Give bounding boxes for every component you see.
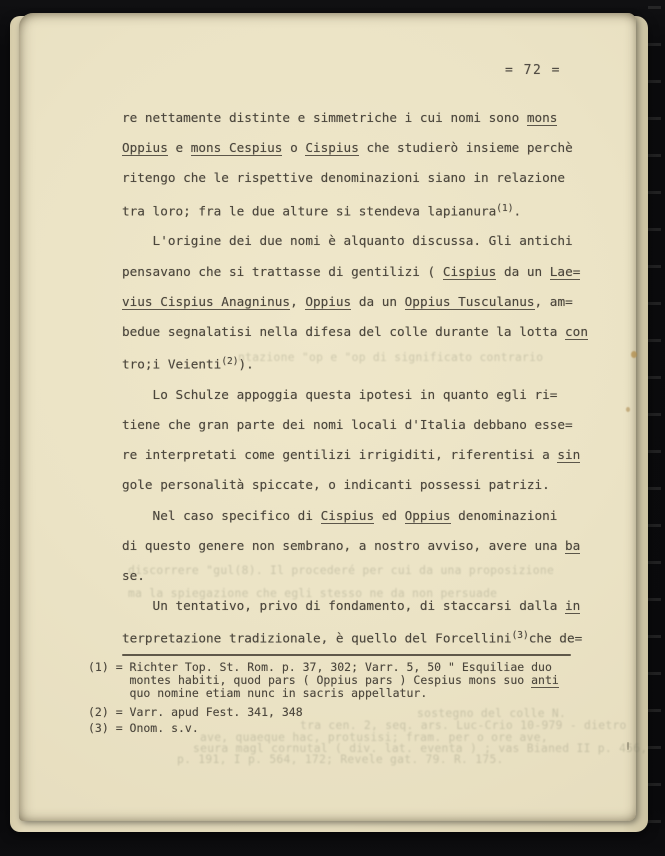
text-line: gole personalità spiccate, o indicanti p…	[122, 470, 588, 500]
text-line: tro;i Veienti(2)).	[122, 347, 588, 380]
text-segment: tra loro; fra le due alture si stendeva …	[122, 203, 496, 218]
underlined-text: Oppius	[305, 294, 351, 310]
underlined-text: Oppius	[405, 508, 451, 524]
paper-stain	[631, 351, 637, 358]
text-line: di questo genere non sembrano, a nostro …	[122, 531, 588, 561]
text-segment: denominazioni	[451, 508, 558, 523]
text-line: pensavano che si trattasse di gentilizi …	[122, 257, 588, 287]
footnote-ref: (3)	[512, 630, 529, 641]
underlined-text: mons	[527, 110, 558, 126]
text-line: re nettamente distinte e simmetriche i c…	[122, 103, 588, 133]
text-segment: quo nomine etiam nunc in sacris appellat…	[88, 686, 427, 700]
scan-background: { "page_number": "= 72 =", "colors": { "…	[0, 0, 665, 856]
text-segment: di questo genere non sembrano, a nostro …	[122, 538, 565, 553]
underlined-text: mons Cespius	[191, 140, 283, 156]
footnote-ref: (2)	[221, 356, 238, 367]
text-line: terpretazione tradizionale, è quello del…	[122, 621, 588, 654]
text-segment: ritengo che le rispettive denominazioni …	[122, 170, 565, 185]
text-line: ritengo che le rispettive denominazioni …	[122, 163, 588, 193]
underlined-text: Cispius	[305, 140, 358, 156]
text-segment: tro;i Veienti	[122, 357, 221, 372]
text-line: Oppius e mons Cespius o Cispius che stud…	[122, 133, 588, 163]
text-segment: (2) = Varr. apud Fest. 341, 348	[88, 705, 303, 719]
text-line: Nel caso specifico di Cispius ed Oppius …	[122, 501, 588, 531]
text-line: (2) = Varr. apud Fest. 341, 348	[88, 706, 559, 719]
text-segment: Un tentativo, privo di fondamento, di st…	[122, 598, 565, 613]
text-line: tiene che gran parte dei nomi locali d'I…	[122, 410, 588, 440]
paper-stain	[626, 407, 630, 412]
footnotes: (1) = Richter Top. St. Rom. p. 37, 302; …	[88, 661, 559, 735]
text-segment: tiene che gran parte dei nomi locali d'I…	[122, 417, 573, 432]
text-segment: L'origine dei due nomi è alquanto discus…	[122, 233, 573, 248]
text-line: L'origine dei due nomi è alquanto discus…	[122, 226, 588, 256]
underlined-text: Cispius	[443, 264, 496, 280]
text-segment: re nettamente distinte e simmetriche i c…	[122, 110, 527, 125]
text-line: Un tentativo, privo di fondamento, di st…	[122, 591, 588, 621]
text-segment: e	[168, 140, 191, 155]
text-segment: gole personalità spiccate, o indicanti p…	[122, 477, 550, 492]
text-segment: Lo Schulze appoggia questa ipotesi in qu…	[122, 387, 557, 402]
underlined-text: ba	[565, 538, 580, 554]
text-segment: che de=	[529, 631, 582, 646]
film-edge-marks	[648, 6, 661, 850]
underlined-text: con	[565, 324, 588, 340]
text-line: se.	[122, 561, 588, 591]
underlined-text: Oppius	[122, 140, 168, 156]
text-segment: da un	[351, 294, 404, 309]
text-line: vius Cispius Anagninus, Oppius da un Opp…	[122, 287, 588, 317]
text-line: re interpretati come gentilizi irrigidit…	[122, 440, 588, 470]
text-line: quo nomine etiam nunc in sacris appellat…	[88, 687, 559, 700]
text-segment: Nel caso specifico di	[122, 508, 321, 523]
text-segment: , am=	[535, 294, 573, 309]
text-segment: (3) = Onom. s.v.	[88, 721, 199, 735]
underlined-text: sin	[557, 447, 580, 463]
text-segment: ed	[374, 508, 405, 523]
footnote-separator	[122, 654, 571, 656]
text-segment: che studierò insieme perchè	[359, 140, 573, 155]
underlined-text: Cispius	[321, 508, 374, 524]
footnote-ref: (1)	[496, 203, 513, 214]
bleedthrough-line: p. 191, I p. 564, 172; Revele gat. 79. R…	[177, 753, 504, 766]
text-segment: bedue segnalatisi nella difesa del colle…	[122, 324, 565, 339]
text-line: tra loro; fra le due alture si stendeva …	[122, 194, 588, 227]
document-page: = 72 = ntazione "op e "op di significato…	[19, 13, 636, 821]
underlined-text: vius Cispius Anagninus	[122, 294, 290, 310]
text-segment: se.	[122, 568, 145, 583]
text-segment: o	[282, 140, 305, 155]
bleedthrough-line: seura magl cornutal ( div. lat. eventa )…	[193, 742, 647, 755]
text-segment: terpretazione tradizionale, è quello del…	[122, 631, 512, 646]
paper-speck	[627, 742, 629, 750]
text-line: bedue segnalatisi nella difesa del colle…	[122, 317, 588, 347]
text-segment: pensavano che si trattasse di gentilizi …	[122, 264, 443, 279]
underlined-text: Lae=	[550, 264, 581, 280]
underlined-text: in	[565, 598, 580, 614]
underlined-text: Oppius Tusculanus	[405, 294, 535, 310]
text-segment: .	[513, 203, 521, 218]
text-segment: ).	[238, 357, 253, 372]
underlined-text: anti	[531, 673, 559, 688]
text-segment: da un	[496, 264, 549, 279]
text-line: (3) = Onom. s.v.	[88, 722, 559, 735]
page-number: = 72 =	[505, 63, 561, 78]
text-segment: ,	[290, 294, 305, 309]
text-line: Lo Schulze appoggia questa ipotesi in qu…	[122, 380, 588, 410]
body-text: re nettamente distinte e simmetriche i c…	[122, 103, 588, 654]
text-segment: re interpretati come gentilizi irrigidit…	[122, 447, 557, 462]
